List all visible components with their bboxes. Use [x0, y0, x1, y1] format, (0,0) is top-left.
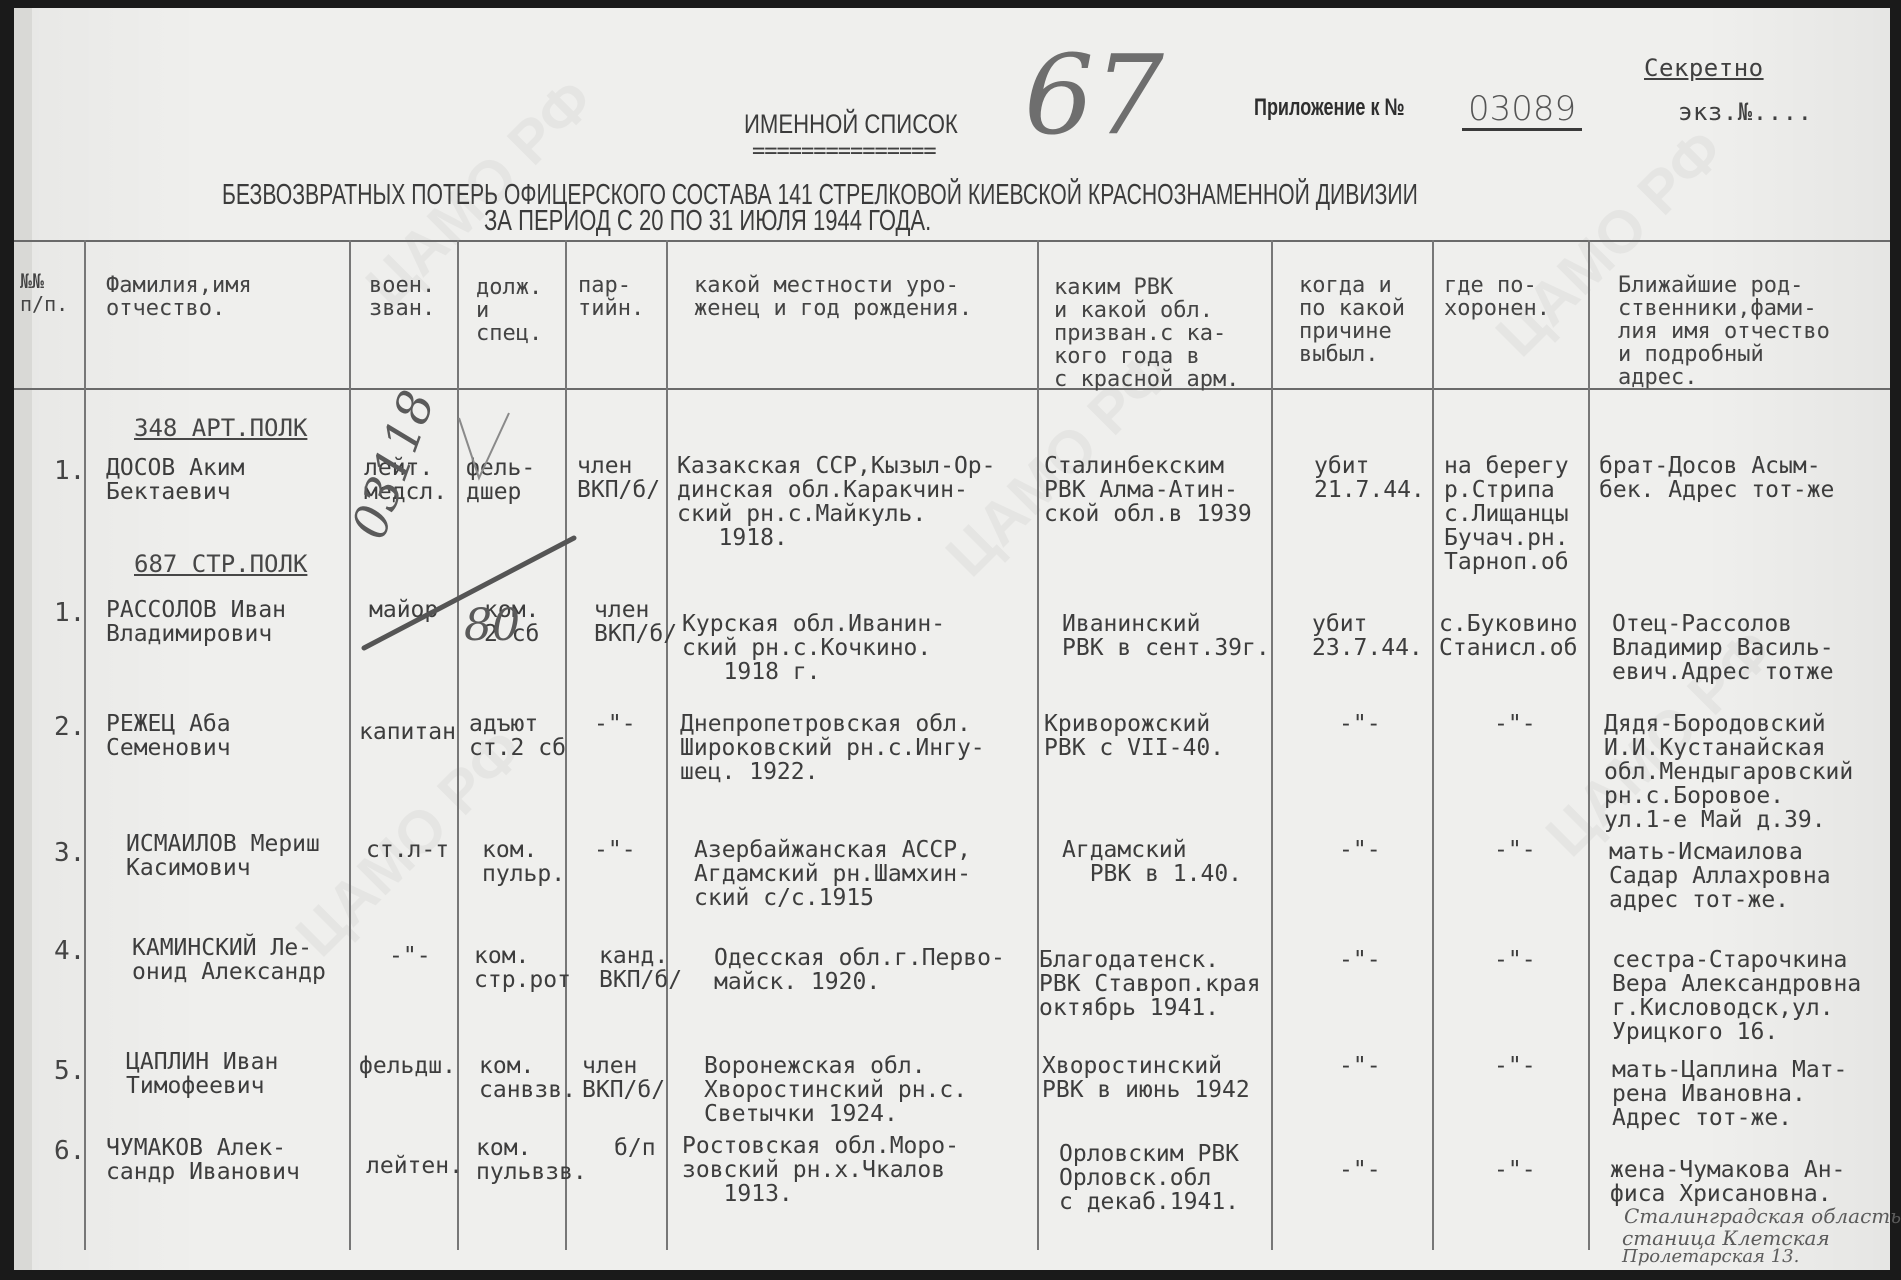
- cell-rank: капитан: [359, 720, 456, 744]
- column-divider: [457, 240, 459, 1250]
- cell-rank: ст.л-т: [366, 838, 449, 862]
- cell-relatives: жена-Чумакова Ан- фиса Хрисановна.: [1610, 1158, 1845, 1206]
- header-cause: когда и по какой причине выбыл.: [1299, 274, 1405, 366]
- cell-position: ком. стр.рот: [474, 944, 571, 992]
- appendix-label: Приложение к №: [1254, 94, 1405, 122]
- cell-name: ЦАПЛИН Иван Тимофеевич: [126, 1050, 278, 1098]
- title-underline: ===============: [752, 140, 936, 163]
- cell-birthplace: Казакская ССР,Кызыл-Ор- динская обл.Кара…: [677, 454, 996, 550]
- cell-conscription: Агдамский РВК в 1.40.: [1062, 838, 1242, 886]
- handwritten-strike-mark: [354, 518, 584, 658]
- cell-position: адъют ст.2 сб: [469, 712, 566, 760]
- cell-conscription: Благодатенск. РВК Ставроп.края октябрь 1…: [1039, 948, 1261, 1020]
- cell-burial: -"-: [1494, 1158, 1536, 1182]
- cell-conscription: Хворостинский РВК в июнь 1942: [1042, 1054, 1250, 1102]
- cell-relatives: мать-Исмаилова Садар Аллахровна адрес то…: [1609, 840, 1831, 912]
- column-divider: [84, 240, 86, 1250]
- cell-name: РАССОЛОВ Иван Владимирович: [106, 598, 286, 646]
- footer-handwritten-line1: Сталинградская область: [1624, 1206, 1901, 1227]
- cell-birthplace: Одесская обл.г.Перво- майск. 1920.: [714, 946, 1005, 994]
- cell-burial: на берегу р.Стрипа с.Лищанцы Бучач.рн. Т…: [1444, 454, 1569, 574]
- cell-name: ЧУМАКОВ Алек- сандр Иванович: [106, 1136, 300, 1184]
- cell-party: член ВКП/б/: [577, 454, 660, 502]
- cell-name: РЕЖЕЦ Аба Семенович: [106, 712, 231, 760]
- unit-heading: 348 АРТ.ПОЛК: [134, 414, 307, 442]
- column-divider: [1271, 240, 1273, 1250]
- cell-cause: -"-: [1339, 712, 1381, 736]
- column-divider: [349, 240, 351, 1250]
- row-number: 4.: [54, 936, 85, 966]
- cell-birthplace: Днепропетровская обл. Широковский рн.с.И…: [680, 712, 985, 784]
- row-number: 1.: [54, 456, 85, 486]
- row-number: 2.: [54, 712, 85, 742]
- cell-relatives: Дядя-Бородовский И.И.Кустанайская обл.Ме…: [1604, 712, 1853, 832]
- cell-birthplace: Ростовская обл.Моро- зовский рн.х.Чкалов…: [682, 1134, 959, 1206]
- cell-cause: -"-: [1339, 838, 1381, 862]
- cell-cause: убит 21.7.44.: [1314, 454, 1425, 502]
- cell-burial: с.Буковино Станисл.об: [1439, 612, 1577, 660]
- appendix-number: 03089: [1462, 92, 1582, 131]
- row-number: 6.: [54, 1136, 85, 1166]
- cell-conscription: Сталинбекским РВК Алма-Атин- ской обл.в …: [1044, 454, 1252, 526]
- cell-rank: лейтен.: [366, 1154, 463, 1178]
- row-number: 3.: [54, 838, 85, 868]
- cell-burial: -"-: [1494, 838, 1536, 862]
- header-birthplace: какой местности уро- женец и год рождени…: [694, 274, 972, 320]
- document-page: ЦАМО РФ ЦАМО РФ ЦАМО РФ ЦАМО РФ ЦАМО РФ …: [14, 8, 1890, 1270]
- cell-relatives: сестра-Старочкина Вера Александровна г.К…: [1612, 948, 1861, 1044]
- cell-birthplace: Азербайжанская АССР, Агдамский рн.Шамхин…: [694, 838, 971, 910]
- cell-birthplace: Курская обл.Иванин- ский рн.с.Кочкино. 1…: [682, 612, 945, 684]
- cell-party: -"-: [594, 712, 636, 736]
- cell-name: ИСМАИЛОВ Мериш Касимович: [126, 832, 320, 880]
- secret-label: Секретно: [1644, 56, 1764, 81]
- column-divider: [666, 240, 668, 1250]
- cell-relatives: Отец-Рассолов Владимир Василь- евич.Адре…: [1612, 612, 1834, 684]
- cell-rank: фельдш.: [359, 1054, 456, 1078]
- cell-relatives: брат-Досов Асым- бек. Адрес тот-же: [1599, 454, 1834, 502]
- handwritten-page-number: 67: [1024, 38, 1164, 154]
- cell-birthplace: Воронежская обл. Хворостинский рн.с. Све…: [704, 1054, 967, 1126]
- cell-party: член ВКП/б/: [594, 598, 677, 646]
- page-title: ИМЕННОЙ СПИСОК: [744, 110, 958, 138]
- handwritten-checkmark-icon: [454, 408, 514, 488]
- header-burial: где по- хоронен.: [1444, 274, 1550, 320]
- cell-relatives: мать-Цаплина Мат- рена Ивановна. Адрес т…: [1612, 1058, 1847, 1130]
- header-relatives: Ближайшие род- ственники,фами- лия имя о…: [1618, 274, 1830, 389]
- cell-cause: -"-: [1339, 948, 1381, 972]
- cell-burial: -"-: [1494, 712, 1536, 736]
- cell-burial: -"-: [1494, 1054, 1536, 1078]
- column-divider: [1588, 240, 1590, 1250]
- cell-cause: -"-: [1339, 1158, 1381, 1182]
- column-divider: [1432, 240, 1434, 1250]
- cell-name: ДОСОВ Аким Бектаевич: [106, 456, 244, 504]
- cell-party: член ВКП/б/: [582, 1054, 665, 1102]
- paper-edge: [14, 8, 32, 1270]
- cell-party: -"-: [594, 838, 636, 862]
- cell-conscription: Орловским РВК Орловск.обл с декаб.1941.: [1059, 1142, 1239, 1214]
- column-divider: [1037, 240, 1039, 1250]
- cell-party: канд. ВКП/б/: [599, 944, 682, 992]
- cell-conscription: Криворожский РВК с VII-40.: [1044, 712, 1224, 760]
- cell-position: ком. пульвзв.: [476, 1136, 587, 1184]
- header-name: Фамилия,имя отчество.: [106, 274, 252, 320]
- row-number: 1.: [54, 598, 85, 628]
- cell-conscription: Иванинский РВК в сент.39г.: [1062, 612, 1270, 660]
- cell-cause: убит 23.7.44.: [1312, 612, 1423, 660]
- header-bottom-border: [14, 388, 1890, 390]
- cell-rank: -"-: [389, 944, 431, 968]
- copy-number-label: экз.№....: [1678, 100, 1813, 125]
- cell-party: б/п: [614, 1136, 656, 1160]
- unit-heading: 687 СТР.ПОЛК: [134, 550, 307, 578]
- footer-handwritten-line3: Пролетарская 13.: [1622, 1248, 1799, 1267]
- cell-position: ком. санвзв.: [479, 1054, 576, 1102]
- cell-burial: -"-: [1494, 948, 1536, 972]
- table-top-border: [14, 240, 1890, 242]
- cell-position: ком. пульр.: [482, 838, 565, 886]
- header-position: долж. и спец.: [476, 276, 542, 345]
- cell-cause: -"-: [1339, 1054, 1381, 1078]
- header-num: №№ п/п.: [20, 270, 68, 316]
- subtitle-line-2: ЗА ПЕРИОД С 20 ПО 31 ИЮЛЯ 1944 ГОДА.: [484, 206, 931, 236]
- row-number: 5.: [54, 1056, 85, 1086]
- header-conscription: каким РВК и какой обл. призван.с ка- ког…: [1054, 276, 1239, 391]
- header-party: пар- тийн.: [578, 274, 644, 320]
- header-rank: воен. зван.: [369, 274, 435, 320]
- cell-name: КАМИНСКИЙ Ле- онид Александр: [132, 936, 326, 984]
